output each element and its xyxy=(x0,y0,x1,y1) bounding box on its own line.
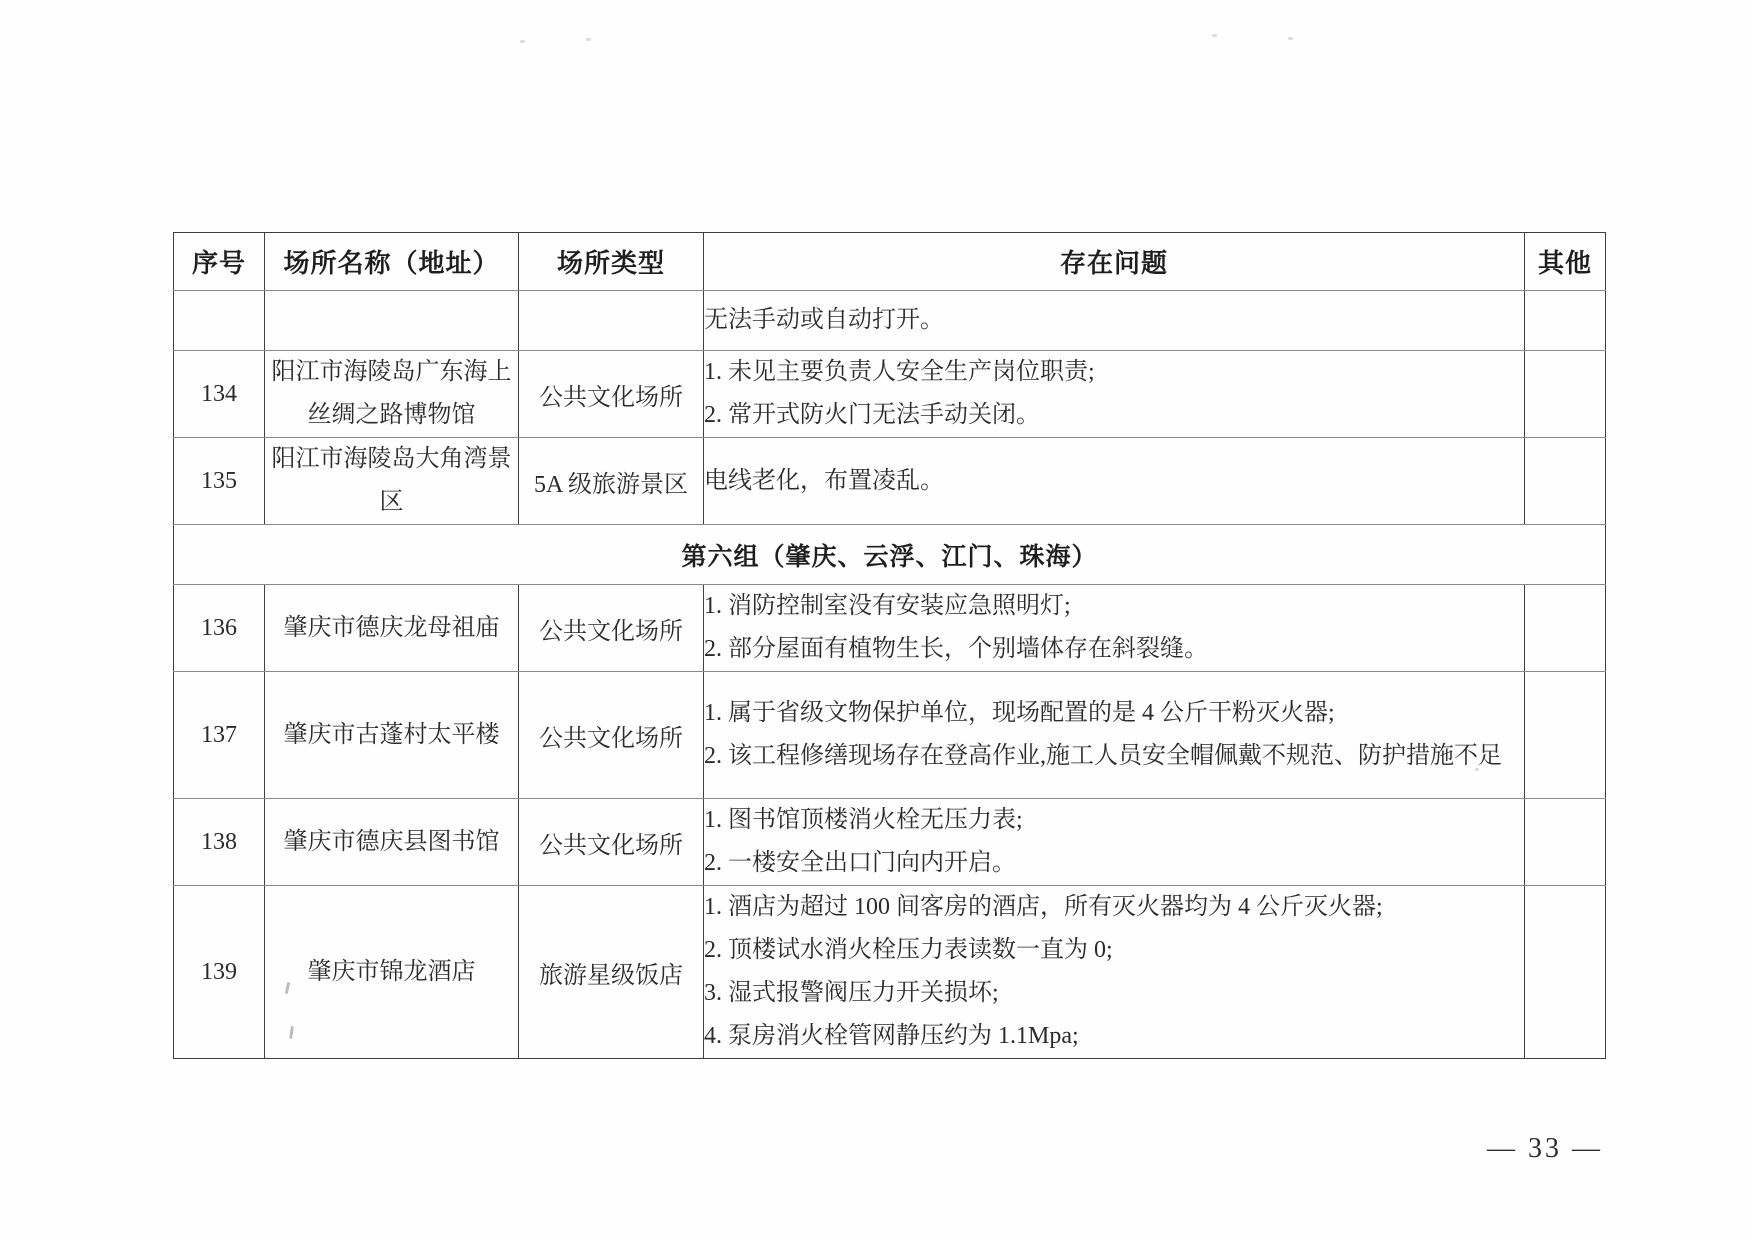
problem-line: 2. 该工程修缮现场存在登高作业,施工人员安全帽佩戴不规范、防护措施不足 xyxy=(704,735,1524,778)
scan-artifact xyxy=(586,38,591,41)
cell-other xyxy=(1525,799,1606,886)
cell-place-name: 肇庆市德庆龙母祖庙 xyxy=(265,585,519,672)
problem-line: 4. 泵房消火栓管网静压约为 1.1Mpa; xyxy=(704,1015,1524,1058)
cell-place-name: 肇庆市锦龙酒店 xyxy=(265,886,519,1059)
cell-place-name: 阳江市海陵岛大角湾景区 xyxy=(265,438,519,525)
cell-other xyxy=(1525,438,1606,525)
inspection-problems-table: 序号 场所名称（地址） 场所类型 存在问题 其他 无法手动或自动打开。 134 … xyxy=(173,232,1606,1059)
cell-place-type: 5A 级旅游景区 xyxy=(519,438,704,525)
column-header-place-name: 场所名称（地址） xyxy=(265,233,519,291)
table-row-continuation: 无法手动或自动打开。 xyxy=(174,291,1606,351)
cell-problems: 电线老化，布置凌乱。 xyxy=(704,438,1525,525)
table-row-135: 135 阳江市海陵岛大角湾景区 5A 级旅游景区 电线老化，布置凌乱。 xyxy=(174,438,1606,525)
page-number: — 33 — xyxy=(1487,1133,1603,1165)
cell-place-type: 公共文化场所 xyxy=(519,672,704,799)
cell-problems: 1. 酒店为超过 100 间客房的酒店，所有灭火器均为 4 公斤灭火器; 2. … xyxy=(704,886,1525,1059)
column-header-place-type: 场所类型 xyxy=(519,233,704,291)
column-header-serial: 序号 xyxy=(174,233,265,291)
table-header-row: 序号 场所名称（地址） 场所类型 存在问题 其他 xyxy=(174,233,1606,291)
cell-other xyxy=(1525,351,1606,438)
cell-other xyxy=(1525,291,1606,351)
column-header-problems: 存在问题 xyxy=(704,233,1525,291)
cell-other xyxy=(1525,672,1606,799)
cell-place-type: 旅游星级饭店 xyxy=(519,886,704,1059)
scan-artifact xyxy=(520,40,525,43)
table-row-134: 134 阳江市海陵岛广东海上丝绸之路博物馆 公共文化场所 1. 未见主要负责人安… xyxy=(174,351,1606,438)
cell-other xyxy=(1525,886,1606,1059)
problem-line: 2. 常开式防火门无法手动关闭。 xyxy=(704,394,1524,437)
cell-serial: 135 xyxy=(174,438,265,525)
group-header-row: 第六组（肇庆、云浮、江门、珠海） xyxy=(174,525,1606,585)
cell-serial: 139 xyxy=(174,886,265,1059)
cell-problems: 1. 未见主要负责人安全生产岗位职责; 2. 常开式防火门无法手动关闭。 xyxy=(704,351,1525,438)
problem-line: 1. 酒店为超过 100 间客房的酒店，所有灭火器均为 4 公斤灭火器; xyxy=(704,886,1524,929)
problem-line: 1. 图书馆顶楼消火栓无压力表; xyxy=(704,799,1524,842)
scan-artifact xyxy=(1212,34,1217,37)
scan-artifact xyxy=(1475,768,1479,771)
scanned-document-page: 序号 场所名称（地址） 场所类型 存在问题 其他 无法手动或自动打开。 134 … xyxy=(0,0,1752,1240)
cell-place-type: 公共文化场所 xyxy=(519,799,704,886)
cell-place-name: 阳江市海陵岛广东海上丝绸之路博物馆 xyxy=(265,351,519,438)
cell-place-name: 肇庆市德庆县图书馆 xyxy=(265,799,519,886)
problem-line: 1. 消防控制室没有安装应急照明灯; xyxy=(704,585,1524,628)
cell-place-name xyxy=(265,291,519,351)
problem-line: 2. 部分屋面有植物生长，个别墙体存在斜裂缝。 xyxy=(704,628,1524,671)
cell-place-name: 肇庆市古蓬村太平楼 xyxy=(265,672,519,799)
table-row-136: 136 肇庆市德庆龙母祖庙 公共文化场所 1. 消防控制室没有安装应急照明灯; … xyxy=(174,585,1606,672)
table-row-139: 139 肇庆市锦龙酒店 旅游星级饭店 1. 酒店为超过 100 间客房的酒店，所… xyxy=(174,886,1606,1059)
cell-serial: 134 xyxy=(174,351,265,438)
problem-line: 3. 湿式报警阀压力开关损坏; xyxy=(704,972,1524,1015)
cell-place-type: 公共文化场所 xyxy=(519,585,704,672)
column-header-other: 其他 xyxy=(1525,233,1606,291)
cell-serial xyxy=(174,291,265,351)
cell-problems: 无法手动或自动打开。 xyxy=(704,291,1525,351)
cell-serial: 137 xyxy=(174,672,265,799)
problem-line: 1. 未见主要负责人安全生产岗位职责; xyxy=(704,351,1524,394)
problem-line: 2. 一楼安全出口门向内开启。 xyxy=(704,842,1524,885)
problem-line: 电线老化，布置凌乱。 xyxy=(704,460,1524,503)
cell-serial: 138 xyxy=(174,799,265,886)
problem-line: 无法手动或自动打开。 xyxy=(704,299,1524,342)
cell-place-type xyxy=(519,291,704,351)
table-row-137: 137 肇庆市古蓬村太平楼 公共文化场所 1. 属于省级文物保护单位，现场配置的… xyxy=(174,672,1606,799)
problem-line: 2. 顶楼试水消火栓压力表读数一直为 0; xyxy=(704,929,1524,972)
group-header-label: 第六组（肇庆、云浮、江门、珠海） xyxy=(174,525,1606,585)
cell-serial: 136 xyxy=(174,585,265,672)
scan-artifact xyxy=(1288,37,1293,40)
cell-place-type: 公共文化场所 xyxy=(519,351,704,438)
cell-problems: 1. 属于省级文物保护单位，现场配置的是 4 公斤干粉灭火器; 2. 该工程修缮… xyxy=(704,672,1525,799)
cell-problems: 1. 图书馆顶楼消火栓无压力表; 2. 一楼安全出口门向内开启。 xyxy=(704,799,1525,886)
cell-other xyxy=(1525,585,1606,672)
cell-problems: 1. 消防控制室没有安装应急照明灯; 2. 部分屋面有植物生长，个别墙体存在斜裂… xyxy=(704,585,1525,672)
table-row-138: 138 肇庆市德庆县图书馆 公共文化场所 1. 图书馆顶楼消火栓无压力表; 2.… xyxy=(174,799,1606,886)
problem-line: 1. 属于省级文物保护单位，现场配置的是 4 公斤干粉灭火器; xyxy=(704,692,1524,735)
